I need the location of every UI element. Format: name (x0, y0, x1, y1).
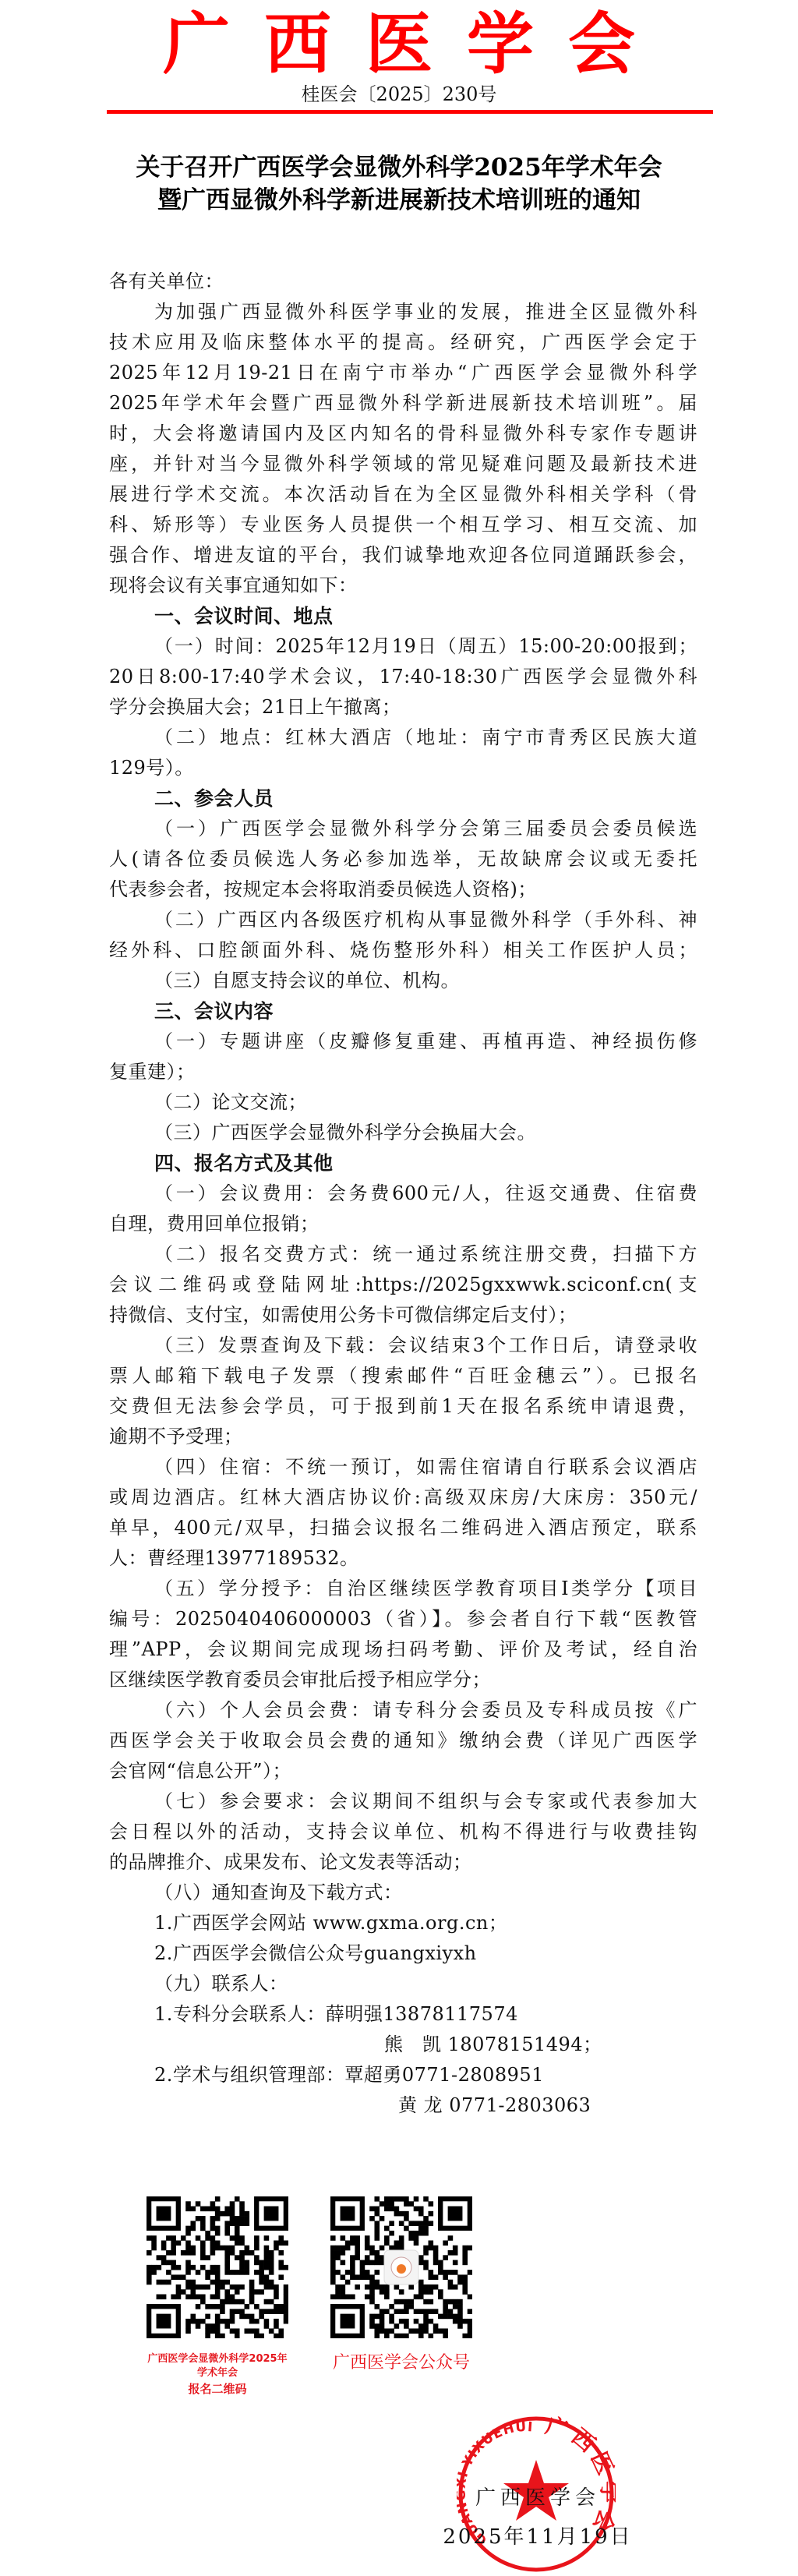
body-line: （三）广西医学会显微外科学分会换届大会。 (109, 1118, 697, 1148)
body-line: 票人邮箱下载电子发票（搜索邮件“百旺金穗云”）。已报名 (109, 1361, 697, 1391)
qr-caption-registration: 广西医学会显微外科学2025年学术年会 (147, 2352, 288, 2380)
title-line-2: 暨广西显微外科学新进展新技术培训班的通知 (0, 184, 798, 217)
notice-title: 关于召开广西医学会显微外科学2025年学术年会 暨广西显微外科学新进展新技术培训… (0, 151, 798, 217)
body-line: （三）自愿支持会议的单位、机构。 (109, 966, 697, 996)
red-divider (107, 110, 713, 114)
signature-date: 2025年11月19日 (436, 2521, 639, 2549)
body-line: 各有关单位： (109, 267, 697, 297)
qr-code-icon[interactable] (330, 2196, 472, 2338)
body-line: 区继续医学教育委员会审批后授予相应学分； (109, 1665, 697, 1695)
body-line: 2025年12月19-21日在南宁市举办“广西医学会显微外科学 (109, 358, 697, 388)
body-line: 经外科、口腔颌面外科、烧伤整形外科）相关工作医护人员； (109, 935, 697, 966)
body-line: （一）会议费用：会务费600元/人，往返交通费、住宿费 (109, 1178, 697, 1209)
body-line: （九）联系人： (109, 1969, 697, 1999)
body-line: （二）报名交费方式：统一通过系统注册交费，扫描下方 (109, 1239, 697, 1270)
wechat-qr-block: 广西医学会公众号 (330, 2196, 472, 2373)
body-line: 2.学术与组织管理部：覃超勇0771-2808951 (109, 2060, 697, 2090)
body-line: 为加强广西显微外科医学事业的发展，推进全区显微外科 (109, 297, 697, 327)
body-line: （八）通知查询及下载方式： (109, 1878, 697, 1908)
registration-qr-block: 广西医学会显微外科学2025年学术年会 报名二维码 (147, 2196, 288, 2398)
body-line: 黄 龙 0771-2803063 (109, 2090, 697, 2121)
body-line: 或周边酒店。红林大酒店协议价:高级双床房/大床房：350元/ (109, 1482, 697, 1513)
qr-caption-wechat: 广西医学会公众号 (330, 2349, 472, 2373)
body-line: 1.广西医学会网站 www.gxma.org.cn； (109, 1908, 697, 1938)
body-line: 的品牌推介、成果发布、论文发表等活动； (109, 1847, 697, 1878)
body-line: （六）个人会员会费：请专科分会委员及专科成员按《广 (109, 1695, 697, 1726)
body-line: 强合作、增进友谊的平台，我们诚挚地欢迎各位同道踊跃参会， (109, 540, 697, 571)
body-line: （三）发票查询及下载：会议结束3个工作日后，请登录收 (109, 1330, 697, 1361)
qr-caption-registration-sub: 报名二维码 (147, 2380, 288, 2398)
body-line: （二）论文交流； (109, 1087, 697, 1118)
body-line: 单早，400元/双早，扫描会议报名二维码进入酒店预定，联系 (109, 1513, 697, 1543)
body-line: （一）广西医学会显微外科学分会第三届委员会委员候选 (109, 814, 697, 844)
section-heading: 一、会议时间、地点 (109, 601, 697, 631)
body-line: 现将会议有关事宜通知如下： (109, 571, 697, 601)
body-line: 展进行学术交流。本次活动旨在为全区显微外科相关学科（骨 (109, 479, 697, 510)
signature-org: 广西医学会 (436, 2482, 639, 2511)
body-line: 复重建）； (109, 1057, 697, 1087)
body-line: 会日程以外的活动，支持会议单位、机构不得进行与收费挂钩 (109, 1817, 697, 1847)
body-line: 交费但无法参会学员，可于报到前1天在报名系统申请退费， (109, 1391, 697, 1422)
qr-code-icon[interactable] (147, 2196, 288, 2338)
body-line: 座，并针对当今显微外科学领域的常见疑难问题及最新技术进 (109, 449, 697, 479)
body-line: （四）住宿：不统一预订，如需住宿请自行联系会议酒店 (109, 1452, 697, 1482)
org-name-heading: 广西医学会 (0, 2, 798, 87)
body-line: （一）时间：2025年12月19日（周五）15:00-20:00报到； (109, 631, 697, 662)
body-line: 逾期不予受理； (109, 1422, 697, 1452)
body-line: 会官网“信息公开”）； (109, 1756, 697, 1786)
body-line: 编号：2025040406000003（省）】。参会者自行下载“医教管 (109, 1604, 697, 1634)
body-line: 20日8:00-17:40学术会议，17:40-18:30广西医学会显微外科 (109, 662, 697, 692)
body-line: 理”APP，会议期间完成现场扫码考勤、评价及考试，经自治 (109, 1634, 697, 1665)
body-line: （七）参会要求：会议期间不组织与会专家或代表参加大 (109, 1786, 697, 1817)
body-line: （一）专题讲座（皮瓣修复重建、再植再造、神经损伤修 (109, 1027, 697, 1057)
notice-body: 各有关单位：为加强广西显微外科医学事业的发展，推进全区显微外科技术应用及临床整体… (109, 267, 697, 2121)
section-heading: 二、参会人员 (109, 783, 697, 814)
section-heading: 三、会议内容 (109, 996, 697, 1027)
body-line: 129号）。 (109, 753, 697, 783)
body-line: （二）地点：红林大酒店（地址：南宁市青秀区民族大道 (109, 723, 697, 753)
body-line: 人(请各位委员候选人务必参加选举，无故缺席会议或无委托 (109, 844, 697, 875)
body-line: 1.专科分会联系人：薛明强13878117574 (109, 1999, 697, 2030)
body-line: 2.广西医学会微信公众号guangxiyxh (109, 1938, 697, 1969)
body-line: 熊 凯 18078151494； (109, 2030, 697, 2060)
body-line: 会议二维码或登陆网址:https://2025gxxwwk.sciconf.cn… (109, 1270, 697, 1300)
body-line: （二）广西区内各级医疗机构从事显微外科学（手外科、神 (109, 905, 697, 935)
document-number: 桂医会〔2025〕230号 (0, 83, 798, 106)
body-line: 西医学会关于收取会员会费的通知》缴纳会费（详见广西医学 (109, 1726, 697, 1756)
body-line: 时，大会将邀请国内及区内知名的骨科显微外科专家作专题讲 (109, 419, 697, 449)
section-heading: 四、报名方式及其他 (109, 1148, 697, 1178)
body-line: 代表参会者，按规定本会将取消委员候选人资格)； (109, 875, 697, 905)
body-line: 科、矫形等）专业医务人员提供一个相互学习、相互交流、加 (109, 510, 697, 540)
title-line-1: 关于召开广西医学会显微外科学2025年学术年会 (0, 151, 798, 184)
body-line: 技术应用及临床整体水平的提高。经研究，广西医学会定于 (109, 327, 697, 358)
body-line: 2025年学术年会暨广西显微外科学新进展新技术培训班”。届 (109, 388, 697, 419)
body-line: （五）学分授予：自治区继续医学教育项目I类学分【项目 (109, 1574, 697, 1604)
body-line: 人：曹经理13977189532。 (109, 1543, 697, 1574)
body-line: 自理，费用回单位报销； (109, 1209, 697, 1239)
body-line: 持微信、支付宝，如需使用公务卡可微信绑定后支付）； (109, 1300, 697, 1330)
body-line: 学分会换届大会；21日上午撤离； (109, 692, 697, 723)
